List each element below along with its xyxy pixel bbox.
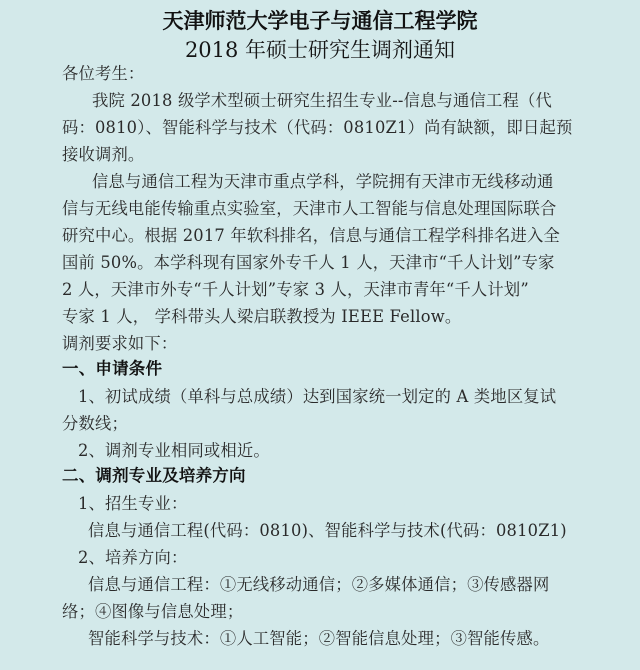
requirements-intro: 调剂要求如下： xyxy=(62,333,177,355)
discipline-paragraph-line: 研究中心。根据 2017 年软科排名，信息与通信工程学科排名进入全 xyxy=(62,225,560,247)
discipline-paragraph-line: 信息与通信工程为天津市重点学科，学院拥有天津市无线移动通 xyxy=(92,171,553,193)
section2-direction2: 智能科学与技术：①人工智能；②智能信息处理；③智能传感。 xyxy=(88,628,549,650)
intro-paragraph-line: 接收调剂。 xyxy=(62,144,144,166)
section2-direction1-line1: 信息与通信工程：①无线移动通信；②多媒体通信；③传感器网 xyxy=(88,574,549,596)
admission-notice-document: 天津师范大学电子与通信工程学院 2018 年硕士研究生调剂通知 各位考生： 我院… xyxy=(0,0,640,670)
document-title-line1: 天津师范大学电子与通信工程学院 xyxy=(0,5,640,35)
document-title-line2: 2018 年硕士研究生调剂通知 xyxy=(0,34,640,64)
section2-heading: 二、调剂专业及培养方向 xyxy=(62,465,246,487)
section2-item1-label: 1、招生专业： xyxy=(78,493,187,515)
section1-item2: 2、调剂专业相同或相近。 xyxy=(78,440,270,462)
greeting: 各位考生： xyxy=(62,63,144,85)
section2-item2-label: 2、培养方向： xyxy=(78,547,187,569)
section2-direction1-line2: 络；④图像与信息处理； xyxy=(62,601,243,623)
discipline-paragraph-line: 专家 1 人， 学科带头人梁启联教授为 IEEE Fellow。 xyxy=(62,306,461,328)
intro-paragraph-line: 我院 2018 级学术型硕士研究生招生专业--信息与通信工程（代 xyxy=(92,90,552,112)
discipline-paragraph-line: 信与无线电能传输重点实验室，天津市人工智能与信息处理国际联合 xyxy=(62,198,556,220)
discipline-paragraph-line: 国前 50%。本学科现有国家外专千人 1 人，天津市“千人计划”专家 xyxy=(62,252,555,274)
discipline-paragraph-line: 2 人，天津市外专“千人计划”专家 3 人，天津市青年“千人计划” xyxy=(62,279,529,301)
section1-heading: 一、申请条件 xyxy=(62,358,162,380)
section1-item1-line2: 分数线； xyxy=(62,413,128,435)
section2-item1-text: 信息与通信工程(代码：0810)、智能科学与技术(代码：0810Z1) xyxy=(88,520,567,542)
section1-item1-line1: 1、初试成绩（单科与总成绩）达到国家统一划定的 A 类地区复试 xyxy=(78,386,556,408)
intro-paragraph-line: 码：0810）、智能科学与技术（代码：0810Z1）尚有缺额，即日起预 xyxy=(62,117,572,139)
